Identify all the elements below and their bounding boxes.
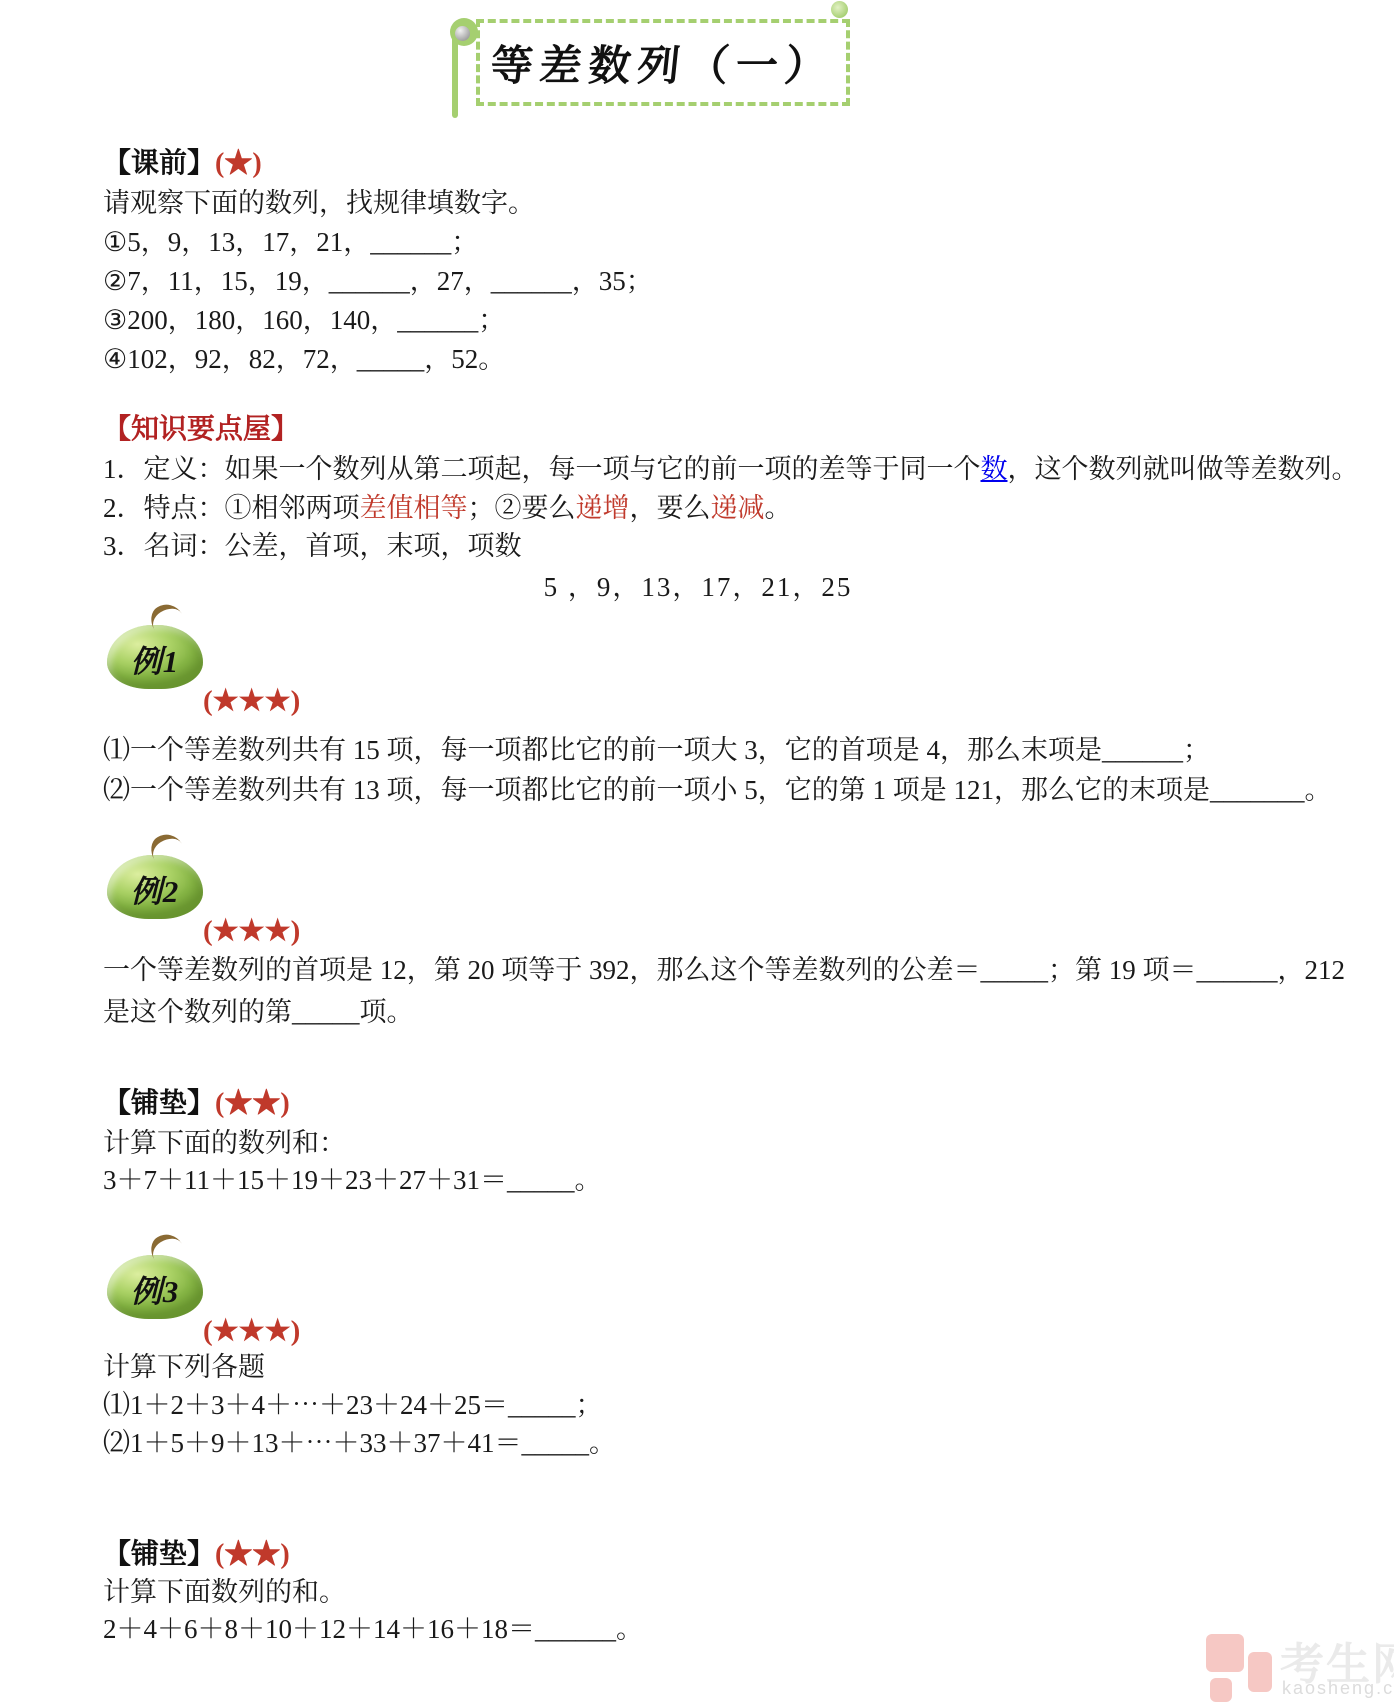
example3-apple-icon: 例3 [107, 1255, 203, 1319]
knowledge-definition-line: 1．定义：如果一个数列从第二项起，每一项与它的前一项的差等于同一个数，这个数列就… [103, 452, 1359, 486]
puding2-header: 【铺垫】 [103, 1539, 215, 1570]
keqian-item-4: ④102，92，82，72，_____，52。 [103, 342, 505, 376]
feature-text-pre: 2．特点：①相邻两项 [103, 493, 360, 523]
page-title: 等差数列（一） [488, 33, 837, 93]
example2-apple-icon: 例2 [107, 855, 203, 919]
definition-text-post: ，这个数列就叫做等差数列。 [1008, 454, 1359, 484]
example3-label: 例3 [107, 1266, 203, 1311]
puding2-intro: 计算下面数列的和。 [103, 1575, 346, 1609]
keqian-item-1: ①5，9，13，17，21，______； [103, 225, 478, 259]
pin-ball-icon [455, 26, 470, 41]
keqian-item-3: ③200，180，160，140，______； [103, 303, 505, 337]
feature-red-1: 差值相等 [360, 493, 468, 523]
knowledge-terms-line: 3．名词：公差，首项，末项，项数 [103, 529, 522, 563]
worksheet-page: 等差数列（一） 【课前】(★) 请观察下面的数列，找规律填数字。 ①5，9，13… [0, 0, 1394, 1708]
puding2-stars: (★★) [215, 1539, 290, 1570]
puding1-header: 【铺垫】 [103, 1088, 215, 1119]
example3-line-2: ⑵1＋5＋9＋13＋⋯＋33＋37＋41＝_____。 [103, 1426, 616, 1460]
example1-stars: (★★★) [203, 684, 300, 718]
example2-stars: (★★★) [203, 914, 300, 948]
keqian-header-line: 【课前】(★) [103, 146, 262, 181]
puding1-expression: 3＋7＋11＋15＋19＋23＋27＋31＝_____。 [103, 1163, 602, 1197]
watermark-logo-block-icon [1248, 1652, 1272, 1692]
example2-label: 例2 [107, 866, 203, 911]
corner-dot-icon [831, 1, 848, 18]
example1-line-1: ⑴一个等差数列共有 15 项，每一项都比它的前一项大 3，它的首项是 4，那么末… [103, 733, 1210, 767]
definition-link[interactable]: 数 [981, 454, 1008, 484]
keqian-stars: (★) [215, 148, 262, 179]
puding1-intro: 计算下面的数列和： [103, 1126, 346, 1160]
example2-line-1: 一个等差数列的首项是 12，第 20 项等于 392，那么这个等差数列的公差＝_… [103, 953, 1345, 987]
knowledge-header: 【知识要点屋】 [103, 414, 299, 445]
feature-red-3: 递减 [711, 493, 765, 523]
example3-intro: 计算下列各题 [103, 1350, 265, 1384]
puding2-header-line: 【铺垫】(★★) [103, 1537, 290, 1572]
example1-label: 例1 [107, 636, 203, 681]
example3-line-1: ⑴1＋2＋3＋4＋⋯＋23＋24＋25＝_____； [103, 1388, 603, 1422]
watermark-logo-block-icon [1206, 1634, 1244, 1672]
watermark-logo-block-icon [1210, 1678, 1232, 1702]
example3-stars: (★★★) [203, 1314, 300, 1348]
feature-text-post: 。 [765, 493, 792, 523]
feature-text-mid2: ，要么 [630, 493, 711, 523]
knowledge-header-line: 【知识要点屋】 [103, 412, 299, 447]
keqian-item-2: ②7，11，15，19，______，27，______，35； [103, 264, 653, 298]
definition-text-pre: 1．定义：如果一个数列从第二项起，每一项与它的前一项的差等于同一个 [103, 454, 981, 484]
feature-red-2: 递增 [576, 493, 630, 523]
puding1-stars: (★★) [215, 1088, 290, 1119]
watermark-domain: kaosheng.com [1282, 1678, 1394, 1699]
example1-apple-icon: 例1 [107, 625, 203, 689]
keqian-intro: 请观察下面的数列，找规律填数字。 [103, 186, 535, 220]
title-box: 等差数列（一） [476, 19, 850, 106]
example1-line-2: ⑵一个等差数列共有 13 项，每一项都比它的前一项小 5，它的第 1 项是 12… [103, 773, 1332, 807]
puding1-header-line: 【铺垫】(★★) [103, 1086, 290, 1121]
example2-line-2: 是这个数列的第_____项。 [103, 995, 414, 1029]
keqian-header: 【课前】 [103, 148, 215, 179]
watermark: 考生网 kaosheng.com [1206, 1632, 1392, 1704]
puding2-expression: 2＋4＋6＋8＋10＋12＋14＋16＋18＝______。 [103, 1612, 643, 1646]
knowledge-feature-line: 2．特点：①相邻两项差值相等；②要么递增，要么递减。 [103, 491, 792, 525]
knowledge-sequence: 5 ，9，13，17，21，25 [103, 565, 1293, 604]
feature-text-mid1: ；②要么 [468, 493, 576, 523]
